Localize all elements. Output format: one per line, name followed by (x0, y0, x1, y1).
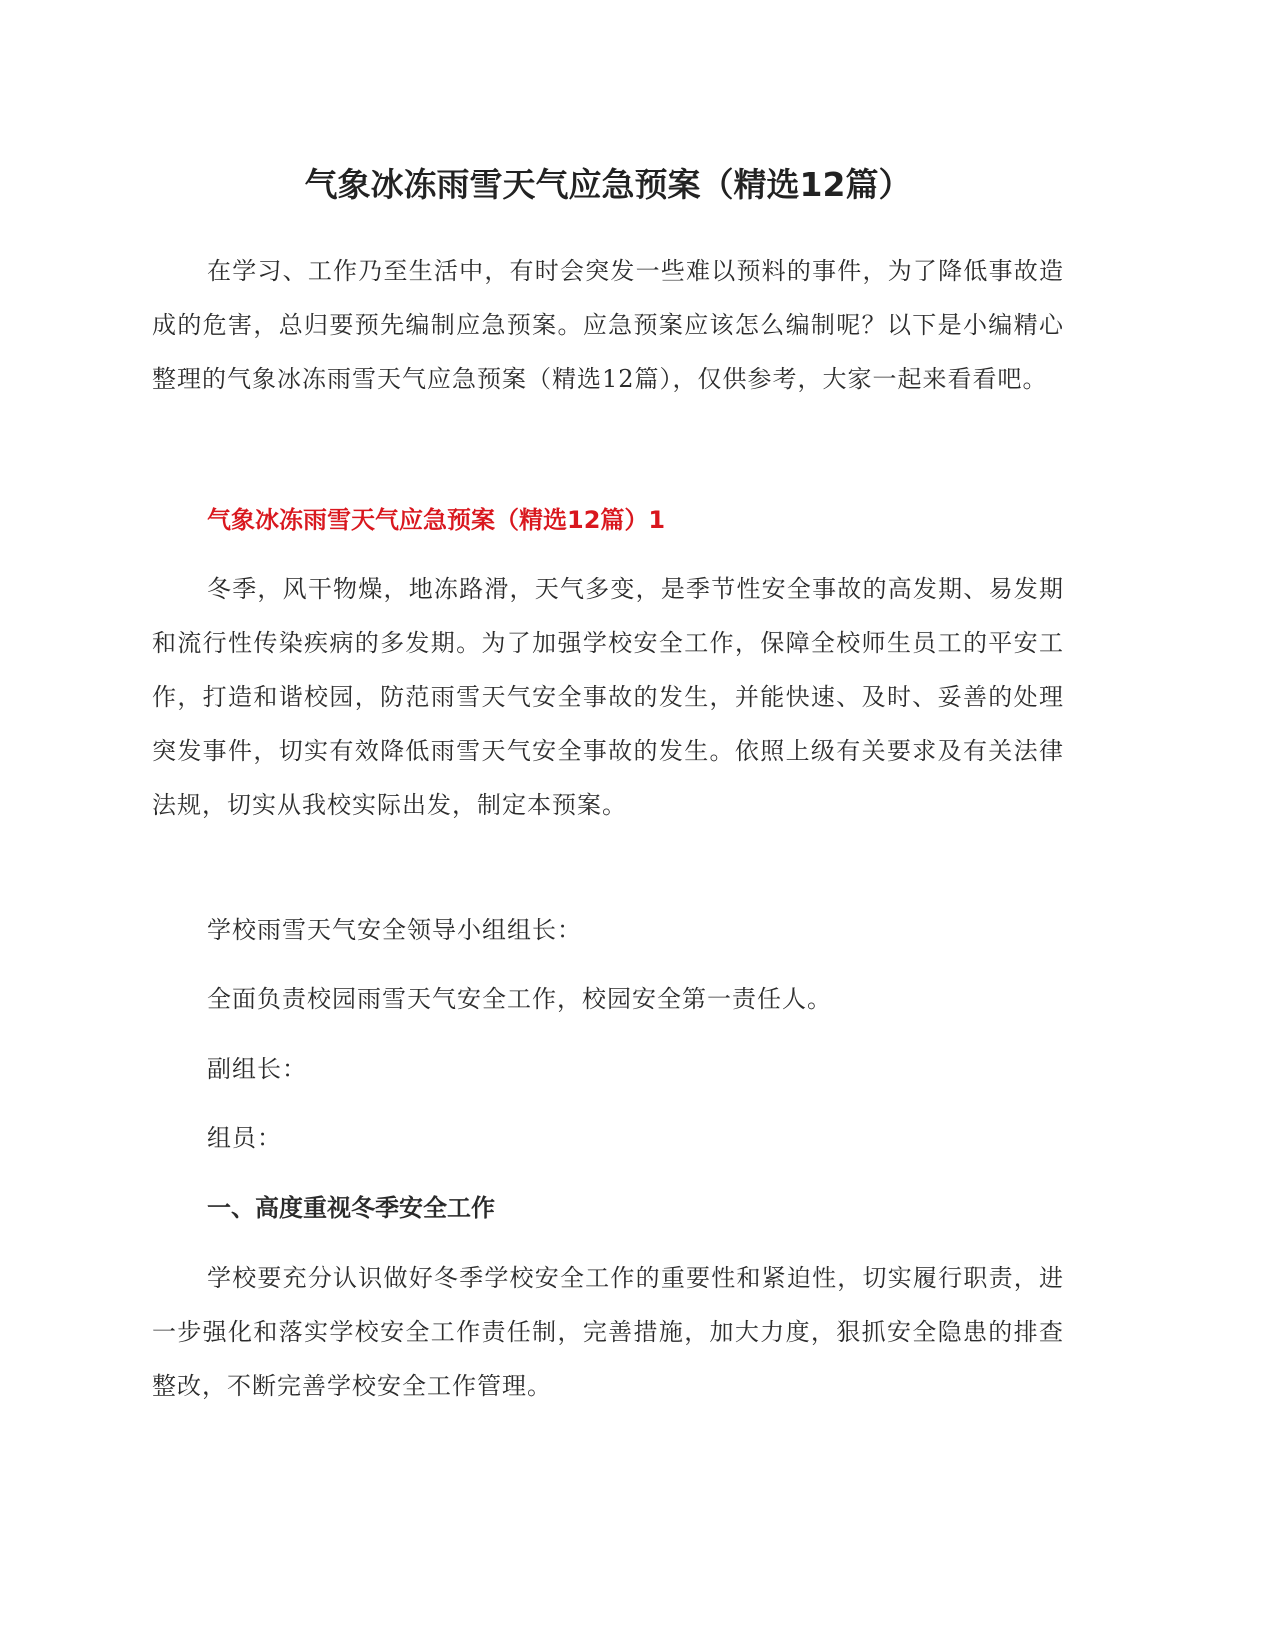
leader-duty: 全面负责校园雨雪天气安全工作，校园安全第一责任人。 (207, 979, 832, 1019)
deputy-label: 副组长： (207, 1049, 307, 1089)
section-heading: 一、高度重视冬季安全工作 (207, 1188, 495, 1228)
leader-label: 学校雨雪天气安全领导小组组长： (207, 910, 582, 950)
section-body: 学校要充分认识做好冬季学校安全工作的重要性和紧迫性，切实履行职责，进一步强化和落… (152, 1251, 1064, 1413)
document-title: 气象冰冻雨雪天气应急预案（精选12篇） (152, 160, 1064, 210)
members-label: 组员： (207, 1118, 282, 1158)
article-paragraph: 冬季，风干物燥，地冻路滑，天气多变，是季节性安全事故的高发期、易发期和流行性传染… (152, 562, 1064, 832)
article-heading: 气象冰冻雨雪天气应急预案（精选12篇）1 (207, 500, 665, 540)
intro-paragraph: 在学习、工作乃至生活中，有时会突发一些难以预料的事件，为了降低事故造成的危害，总… (152, 244, 1064, 406)
